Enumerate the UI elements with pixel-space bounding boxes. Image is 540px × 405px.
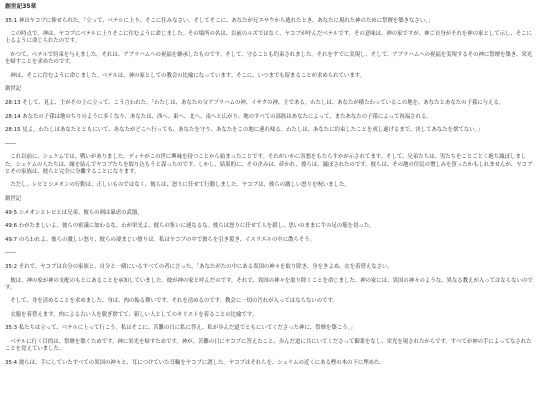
- commentary-paragraph: ベテルに行く目的は、祭壇を築くためです。神に栄光を帰すためです。神が、苦難の日に…: [5, 339, 535, 353]
- verse-28-15: 28:15 見よ。わたしはあなたとともにいて、あなたがどこへ行っても、あなたを守…: [5, 127, 535, 134]
- verse-35-2: 35:2 それで、ヤコブは自分の家族と、自分と一緒にいるすべての者に言った。「あ…: [5, 264, 535, 271]
- verse-28-13: 28:13 そして、見よ、主がその上に立って、こう言われた。「わたしは、あなたの…: [5, 100, 535, 107]
- commentary-paragraph: かつて、ベテルで約束を与えました。それは、アブラハムへの祝福を継承したものです。…: [5, 52, 535, 66]
- separator: ――: [5, 141, 535, 148]
- document-page: 創世記35章 35:1 神はヤコブに仰せられた。「立って、ベテルに上り、そこに住…: [0, 0, 540, 367]
- commentary-paragraph: ただし、レビとシメオンの行動は、正しいものではなく、彼らは、怒りに任せて行動しま…: [5, 182, 535, 189]
- verse-49-7: 49:7 のろわれよ、彼らの激しい怒り、彼らの凄まじい憤りは。私はヤコブの中で彼…: [5, 237, 535, 244]
- commentary-paragraph: 彼は、神の家が神の支配のもとにあることを承知していました。彼が神の家と呼んだので…: [5, 278, 535, 292]
- section-label-genesis: 創世記: [5, 196, 535, 203]
- verse-35-1: 35:1 神はヤコブに仰せられた。「立って、ベテルに上り、そこに住みなさい。そし…: [5, 18, 535, 25]
- document-title: 創世記35章: [5, 4, 535, 11]
- verse-49-6: 49:6 わがたましいよ、彼らの密議に加わるな。わが栄光よ、彼らの集いに連なるな…: [5, 223, 535, 230]
- commentary-paragraph: この時点で、神は、ヤコブにベテルに上りそこに住むように命じました。その場所の名は…: [5, 31, 535, 45]
- commentary-paragraph: そして、身を清めることを求めました。身は、肉の振る舞いです。それを清めるのです。…: [5, 298, 535, 305]
- verse-28-14: 28:14 あなたの子孫は地のちりのように多くなり、あなたは、西へ、東へ、北へ、…: [5, 114, 535, 121]
- section-label-genesis: 創世記: [5, 86, 535, 93]
- verse-35-4: 35:4 彼らは、手にしていたすべての異国の神々と、耳につけていた耳輪をヤコブに…: [5, 360, 535, 367]
- commentary-paragraph: これ以前に、シェケムでは、戦いがありました。ディナがこの世に興味を持つことから始…: [5, 154, 535, 176]
- separator: ――: [5, 250, 535, 257]
- commentary-paragraph: 衣服を着替えます。肉による古い人を脱ぎ捨てて、新しい人としてのキリストを着ること…: [5, 312, 535, 319]
- commentary-paragraph: 神は、そこに住むように命じました。ベテルは、神の家としての教会の比喩になっていま…: [5, 73, 535, 80]
- verse-35-3: 35:3 私たちは立って、ベテルに上って行こう。私はそこに、苦難の日に私に答え、…: [5, 325, 535, 332]
- verse-49-5: 49:5 シメオンとレビとは兄弟、彼らの剣は暴虐の武器。: [5, 210, 535, 217]
